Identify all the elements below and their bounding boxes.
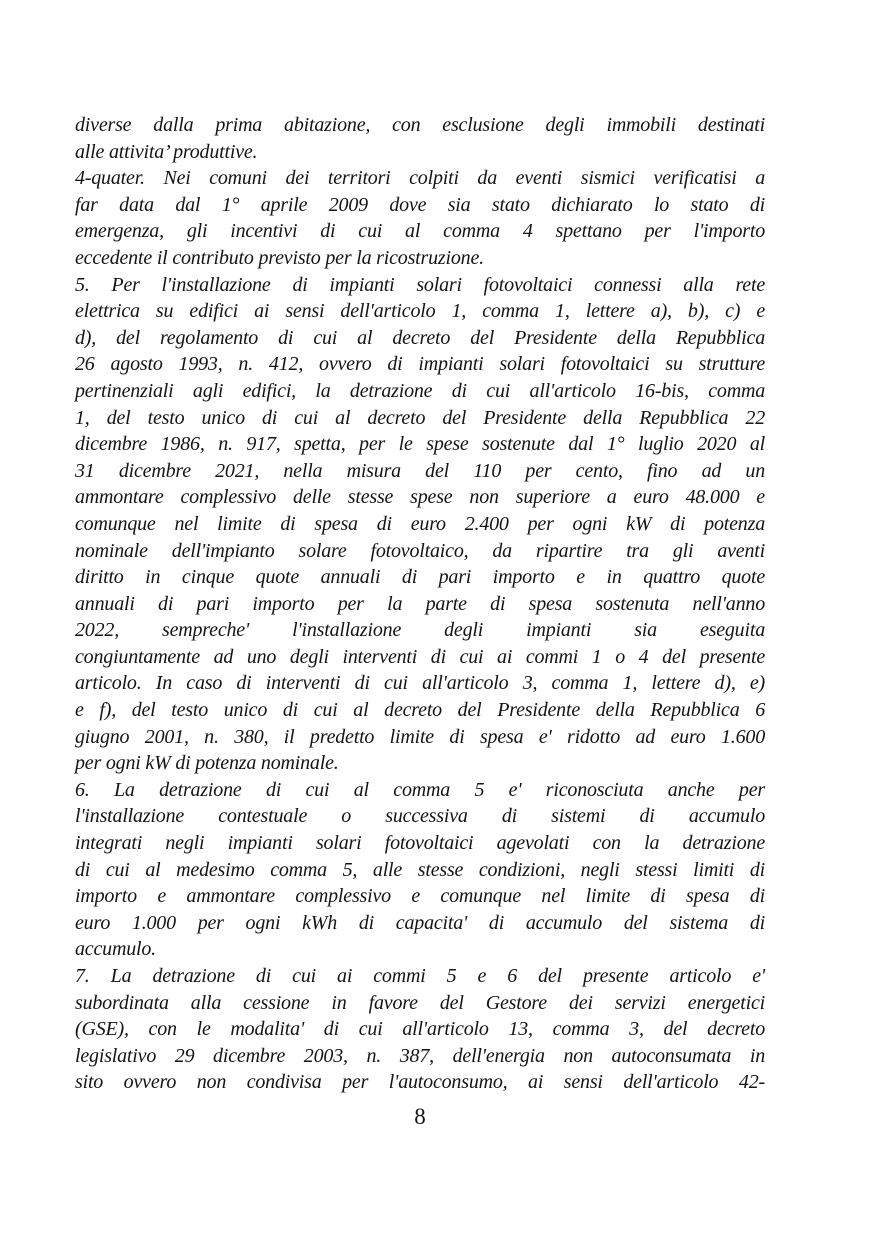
text-line: 2022, sempreche' l'installazione degli i… — [75, 617, 765, 644]
text-line: articolo. In caso di interventi di cui a… — [75, 670, 765, 697]
text-line: integrati negli impianti solari fotovolt… — [75, 830, 765, 857]
text-line: 6. La detrazione di cui al comma 5 e' ri… — [75, 777, 765, 804]
text-line: l'installazione contestuale o successiva… — [75, 803, 765, 830]
paragraph: diverse dalla prima abitazione, con escl… — [75, 112, 765, 165]
text-line: euro 1.000 per ogni kWh di capacita' di … — [75, 910, 765, 937]
text-line: 26 agosto 1993, n. 412, ovvero di impian… — [75, 351, 765, 378]
text-line: elettrica su edifici ai sensi dell'artic… — [75, 298, 765, 325]
paragraph: 6. La detrazione di cui al comma 5 e' ri… — [75, 777, 765, 963]
text-line: far data dal 1° aprile 2009 dove sia sta… — [75, 192, 765, 219]
paragraph: 4-quater. Nei comuni dei territori colpi… — [75, 165, 765, 271]
text-line: sito ovvero non condivisa per l'autocons… — [75, 1069, 765, 1096]
text-line: accumulo. — [75, 936, 765, 963]
text-line: pertinenziali agli edifici, la detrazion… — [75, 378, 765, 405]
paragraph: 7. La detrazione di cui ai commi 5 e 6 d… — [75, 963, 765, 1096]
text-line: importo e ammontare complessivo e comunq… — [75, 883, 765, 910]
text-line: d), del regolamento di cui al decreto de… — [75, 325, 765, 352]
text-line: ammontare complessivo delle stesse spese… — [75, 484, 765, 511]
text-line: dicembre 1986, n. 917, spetta, per le sp… — [75, 431, 765, 458]
document-page: diverse dalla prima abitazione, con escl… — [0, 0, 875, 1240]
text-line: 5. Per l'installazione di impianti solar… — [75, 272, 765, 299]
text-line: di cui al medesimo comma 5, alle stesse … — [75, 857, 765, 884]
text-line: diritto in cinque quote annuali di pari … — [75, 564, 765, 591]
text-line: legislativo 29 dicembre 2003, n. 387, de… — [75, 1043, 765, 1070]
text-line: subordinata alla cessione in favore del … — [75, 990, 765, 1017]
page-number: 8 — [75, 1103, 765, 1131]
text-line: alle attivita’ produttive. — [75, 139, 765, 166]
text-block: diverse dalla prima abitazione, con escl… — [75, 112, 765, 1096]
text-line: (GSE), con le modalita' di cui all'artic… — [75, 1016, 765, 1043]
text-line: 31 dicembre 2021, nella misura del 110 p… — [75, 458, 765, 485]
text-line: 7. La detrazione di cui ai commi 5 e 6 d… — [75, 963, 765, 990]
text-line: per ogni kW di potenza nominale. — [75, 750, 765, 777]
text-line: 1, del testo unico di cui al decreto del… — [75, 405, 765, 432]
text-line: nominale dell'impianto solare fotovoltai… — [75, 538, 765, 565]
paragraph: 5. Per l'installazione di impianti solar… — [75, 272, 765, 777]
text-line: congiuntamente ad uno degli interventi d… — [75, 644, 765, 671]
text-line: e f), del testo unico di cui al decreto … — [75, 697, 765, 724]
text-line: 4-quater. Nei comuni dei territori colpi… — [75, 165, 765, 192]
text-line: giugno 2001, n. 380, il predetto limite … — [75, 724, 765, 751]
text-line: comunque nel limite di spesa di euro 2.4… — [75, 511, 765, 538]
text-line: eccedente il contributo previsto per la … — [75, 245, 765, 272]
text-line: annuali di pari importo per la parte di … — [75, 591, 765, 618]
text-line: emergenza, gli incentivi di cui al comma… — [75, 218, 765, 245]
text-line: diverse dalla prima abitazione, con escl… — [75, 112, 765, 139]
